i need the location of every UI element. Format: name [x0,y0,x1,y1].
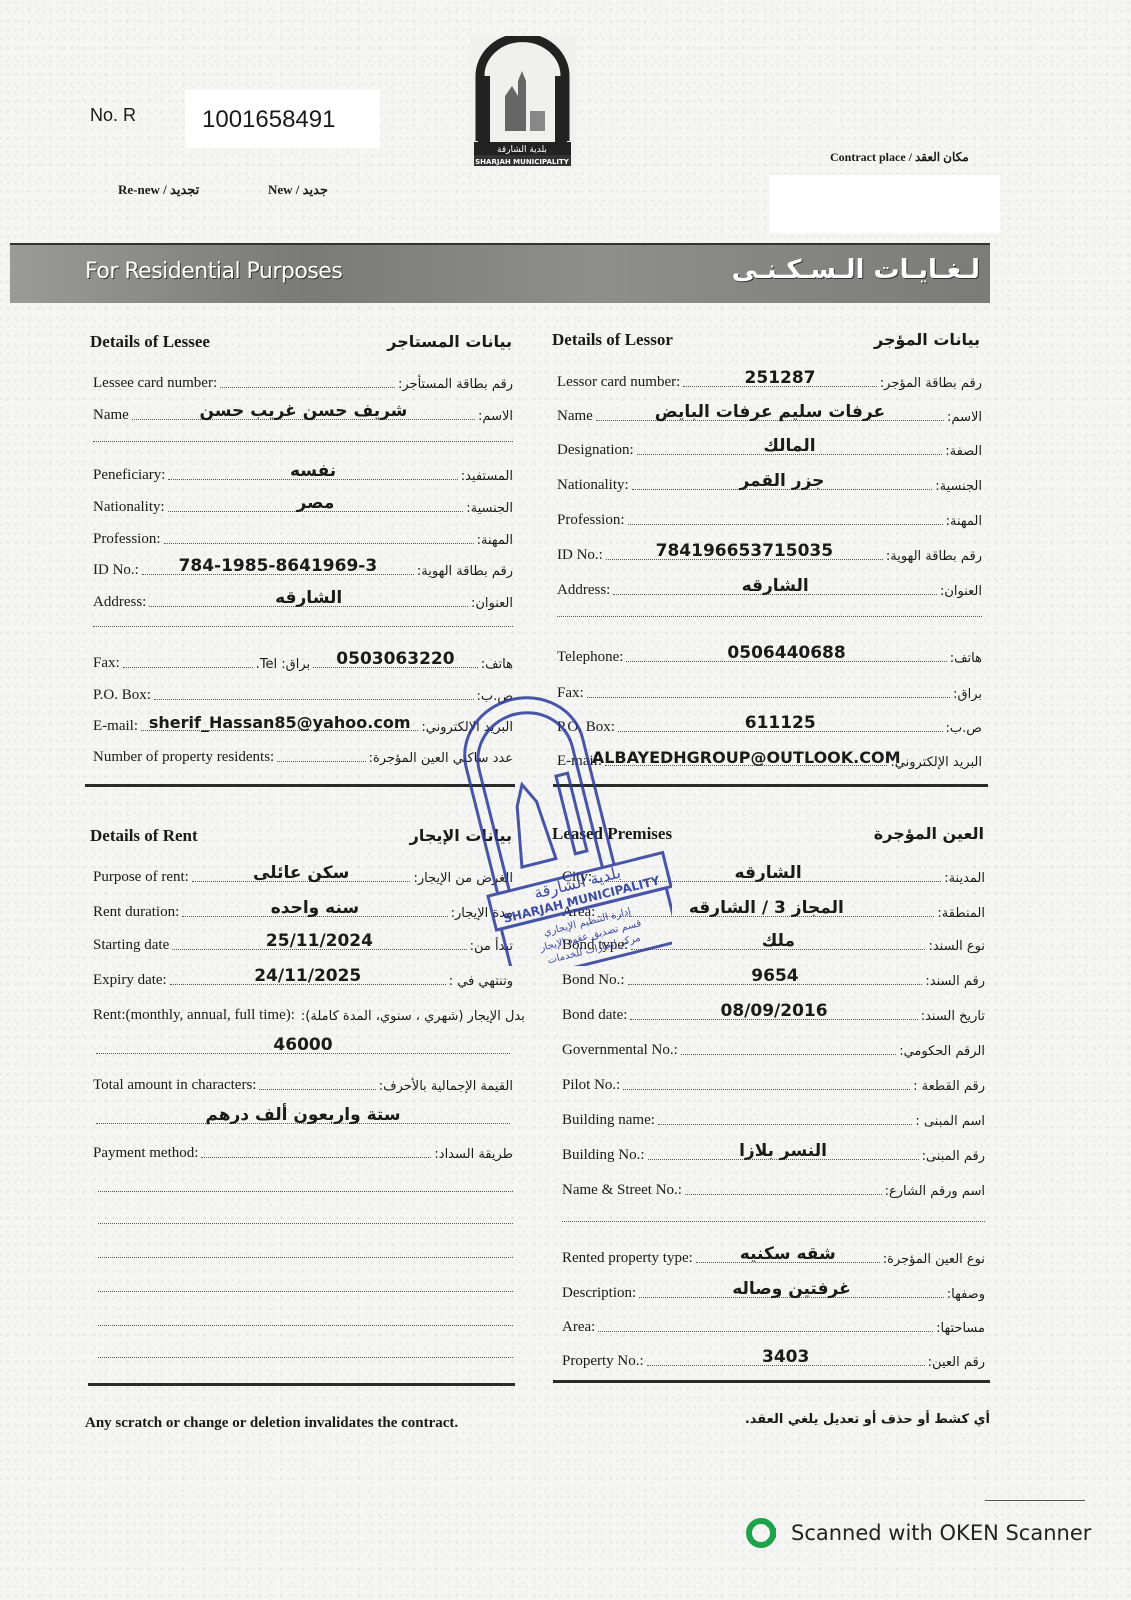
rent-value-row: 46000 [93,1034,513,1058]
field-input[interactable]: الشارقه [613,593,937,595]
field-label-ar: بدل الإيجار (شهري ، سنوي، المدة كاملة): [301,1009,525,1024]
payment-line [98,1256,513,1258]
field-value: غرفتين وصاله [732,1279,851,1299]
field-input[interactable]: سنه واحده [182,915,447,917]
scanner-watermark: Scanned with OKEN Scanner [745,1515,1091,1551]
field-label-ar: براق: [953,687,982,702]
payment-line [98,1324,513,1326]
field-value: شريف حسن غريب حسن [199,401,407,421]
field-input[interactable] [628,523,943,525]
field-input[interactable] [259,1088,375,1090]
field-label: Profession: [93,531,161,548]
field-label: Bond date: [562,1007,627,1024]
field-input[interactable]: 0503063220 [313,666,478,668]
field-label: Nationality: [93,499,165,516]
payment-line [98,1356,513,1358]
field-label: Telephone: [557,649,623,666]
premises-field-row: Building No.:النسر بلازارقم المبنى: [562,1140,985,1164]
lessee-field-row: Peneficiary:نفسهالمستفيد: [93,460,513,484]
field-input[interactable]: مصر [168,510,464,512]
field-label-ar: الجنسية: [935,479,982,494]
lessee-field-row: P.O. Box:ص.ب: [93,680,513,704]
field-value: 08/09/2016 [721,1001,828,1021]
field-label-ar: مساحتها: [936,1321,985,1336]
premises-field-row: Rented property type:شقه سكنيهنوع العين … [562,1243,985,1267]
field-label: Property No.: [562,1353,644,1370]
field-label-ar: الاسم: [478,409,513,424]
lessor-field-row: Nationality:جزر القمرالجنسية: [557,470,982,494]
field-value: 25/11/2024 [266,931,373,951]
rent-field-row: Starting date25/11/2024تبدأ من: [93,930,513,954]
lessee-field-row: Nationality:مصرالجنسية: [93,492,513,516]
field-label-ar: المهنة: [477,533,513,548]
field-label-ar: هاتف: [950,651,982,666]
footer-note-en: Any scratch or change or deletion invali… [85,1415,458,1432]
field-label-ar: نوع السند: [928,939,985,954]
decorative-rule [985,1500,1085,1501]
lessee-field-row: Lessee card number:رقم بطاقة المستأجر: [93,368,513,392]
rent-field-row: Purpose of rent:سكن عائلىالغرض من الإيجا… [93,862,513,886]
field-value: 46000 [273,1035,332,1055]
rent-value-row: ستة واربعون ألف درهم [93,1104,513,1128]
field-input[interactable]: 3403 [647,1364,925,1366]
field-label-ar: البريد الإلكتروني: [890,755,982,770]
field-value: 3403 [762,1347,809,1367]
contract-number: 1001658491 [202,106,335,134]
field-value: 784196653715035 [656,541,833,561]
field-input[interactable]: ملك [631,948,925,950]
premises-field-row: Description:غرفتين وصالهوصفها: [562,1278,985,1302]
field-value: النسر بلازا [739,1141,827,1161]
sharjah-municipality-logo-icon: بلدية الشارقة SHARJAH MUNICIPALITY [470,36,575,168]
field-value: 9654 [751,966,798,986]
field-label-ar: القيمة الإجمالية بالأحرف: [379,1079,513,1094]
renew-option: Re-new / تجديد [118,182,199,198]
fax-input[interactable] [123,666,253,668]
field-label-ar: وصفها: [947,1287,985,1302]
field-value: سنه واحده [271,898,359,918]
field-label: Bond No.: [562,972,625,989]
field-input[interactable] [685,1193,882,1195]
field-label: Address: [93,594,146,611]
field-label-ar: وتنتهي في : [449,974,513,989]
rent-field-row: Rent duration:سنه واحدهمدة الإيجار: [93,897,513,921]
banner-title-ar: لـغـايـات الـسـكـنـى [732,255,980,285]
field-label: ID No.: [93,562,139,579]
field-label: Lessee card number: [93,375,217,392]
field-input[interactable]: غرفتين وصاله [639,1296,944,1298]
field-label: E-mail: [93,718,138,735]
field-input[interactable]: 25/11/2024 [172,948,466,950]
lessee-field-row: Address:الشارقهالعنوان: [93,587,513,611]
field-label-ar: تاريخ السند: [921,1009,985,1024]
lessor-field-row: ID No.:784196653715035رقم بطاقة الهوية: [557,540,982,564]
premises-field-row: Name & Street No.:اسم ورقم الشارع: [562,1175,985,1199]
field-input[interactable] [154,698,474,700]
field-label: Rented property type: [562,1250,693,1267]
field-label-ar: العنوان: [471,596,513,611]
field-input[interactable]: نفسه [168,478,457,480]
field-value: ملك [762,931,795,951]
field-label-ar: ص.ب: [946,721,982,736]
field-input[interactable]: sherif_Hassan85@yahoo.com [141,729,418,731]
rent-field-row: Payment method:طريقة السداد: [93,1138,513,1162]
field-label-ar: الجنسية: [466,501,513,516]
field-label-ar: رقم السند: [925,974,985,989]
lessor-field-row: Address:الشارقهالعنوان: [557,575,982,599]
field-input[interactable] [220,386,395,388]
premises-field-row: Building name:اسم المبنى : [562,1105,985,1129]
field-label-ar: هاتف: [481,657,513,672]
lessor-heading: Details of Lessor [552,330,673,350]
field-value: 611125 [745,713,816,733]
field-value: المالك [763,436,815,456]
field-value: المجاز 3 / الشارقه [689,898,844,918]
premises-heading-ar: العين المؤجرة [860,824,984,843]
field-input[interactable]: 0506440688 [626,660,946,662]
premises-field-row: Property No.:3403رقم العين: [562,1346,985,1370]
field-label: Building name: [562,1112,655,1129]
field-input[interactable]: جزر القمر [632,488,933,490]
contract-page: No. R 1001658491 Re-new / تجديد New / جد… [0,0,1131,1600]
field-label: Pilot No.: [562,1077,620,1094]
field-label-ar: رقم المبنى: [922,1149,985,1164]
field-input[interactable]: 08/09/2016 [630,1018,917,1020]
payment-line [98,1290,513,1292]
field-input[interactable]: 251287 [683,385,876,387]
field-label-ar: رقم بطاقة المستأجر: [398,377,513,392]
field-input[interactable]: 784196653715035 [606,558,883,560]
field-value: sherif_Hassan85@yahoo.com [149,713,411,732]
field-label: Name & Street No.: [562,1182,682,1199]
municipality-stamp-icon: بلدية الشارقة SHARJAH MUNICIPALITY إدارة… [452,676,672,966]
field-label-ar: اسم المبنى : [915,1114,985,1129]
field-input[interactable] [658,1123,913,1125]
lessee-field-row: E-mail:sherif_Hassan85@yahoo.comالبريد ا… [93,711,513,735]
field-value: عرفات سليم عرفات البايض [655,402,885,422]
field-label-ar: الصفة: [945,444,982,459]
field-input[interactable]: الشارقه [149,605,468,607]
field-label: Governmental No.: [562,1042,678,1059]
scanner-text: Scanned with OKEN Scanner [791,1521,1091,1545]
premises-field-row: Bond date:08/09/2016تاريخ السند: [562,1000,985,1024]
field-input[interactable]: سكن عائلى [192,880,411,882]
field-label-ar: الاسم: [947,410,982,425]
field-label-ar: رقم بطاقة الهوية: [417,564,513,579]
field-label: Area: [562,1319,595,1336]
field-label-ar: المهنة: [946,514,982,529]
payment-line [98,1222,513,1224]
field-input[interactable]: 9654 [628,983,923,985]
lessor-field-row: Lessor card number:251287رقم بطاقة المؤج… [557,367,982,391]
field-input[interactable]: المالك [637,453,943,455]
field-label: Name [93,407,129,424]
lessee-field-row: Nameشريف حسن غريب حسنالاسم: [93,400,513,424]
field-label: ID No.: [557,547,603,564]
rent-field-row: Expiry date:24/11/2025وتنتهي في : [93,965,513,989]
field-label: Name [557,408,593,425]
field-value: الشارقه [275,588,342,608]
field-label: Starting date [93,937,169,954]
continuation-line[interactable] [557,615,982,617]
field-label: Expiry date: [93,972,167,989]
field-label-ar: طريقة السداد: [434,1147,513,1162]
field-value: مصر [297,493,335,513]
premises-field-row: Bond No.:9654رقم السند: [562,965,985,989]
field-label-ar: رقم بطاقة المؤجر: [880,376,982,391]
field-value: 24/11/2025 [254,966,361,986]
field-input[interactable]: 46000 [96,1052,510,1054]
rent-field-row: Rent:(monthly, annual, full time):بدل ال… [93,1000,513,1024]
banner-title-en: For Residential Purposes [85,259,342,284]
premises-field-row: Governmental No.:الرقم الحكومي: [562,1035,985,1059]
field-value: نفسه [290,461,336,481]
new-option: New / جديد [268,182,328,198]
field-value: ستة واربعون ألف درهم [205,1105,400,1125]
lessor-field-row: Profession:المهنة: [557,505,982,529]
field-value: 0506440688 [727,643,845,663]
lessee-field-row: Number of property residents:عدد ساكني ا… [93,742,513,766]
field-label: Rent duration: [93,904,179,921]
field-label-ar: المدينة: [944,871,985,886]
field-input[interactable]: 24/11/2025 [170,983,446,985]
field-input[interactable] [201,1156,431,1158]
field-input[interactable]: النسر بلازا [648,1158,919,1160]
continuation-line[interactable] [562,1220,985,1222]
footer-note-ar: أي كشط أو حذف أو تعديل يلغي العقد. [700,1412,990,1427]
contract-number-label: No. R [90,105,136,126]
field-value: الشارقه [735,863,802,883]
section-divider-left [85,784,515,787]
premises-field-row: Pilot No.:رقم القطعة : [562,1070,985,1094]
lessor-field-row: Telephone:0506440688هاتف: [557,642,982,666]
field-label: Lessor card number: [557,374,680,391]
field-value: 0503063220 [336,649,454,669]
continuation-line[interactable] [93,440,513,442]
field-input[interactable] [277,760,365,762]
field-input[interactable]: شريف حسن غريب حسن [132,418,475,420]
continuation-line[interactable] [93,625,513,627]
field-label: Address: [557,582,610,599]
svg-text:بلدية الشارقة: بلدية الشارقة [497,145,547,155]
field-label: Peneficiary: [93,467,165,484]
field-value: سكن عائلى [253,863,349,883]
field-value: الشارقه [742,576,809,596]
field-label: Fax: [93,655,120,672]
field-value: شقه سكنيه [740,1244,836,1264]
lessee-field-row: Fax:براق: Tel.0503063220هاتف: [93,648,513,672]
lessee-heading: Details of Lessee [90,332,210,352]
field-label: Total amount in characters: [93,1077,256,1094]
field-input[interactable] [598,1330,933,1332]
contract-place-label: Contract place / مكان العقد [830,150,969,165]
field-input[interactable]: عرفات سليم عرفات البايض [596,419,944,421]
bottom-divider-left [88,1383,515,1386]
field-value: جزر القمر [739,471,824,491]
field-label-ar: رقم العين: [928,1355,985,1370]
tel-label: براق: Tel. [256,657,311,672]
field-label-ar: رقم بطاقة الهوية: [886,549,982,564]
field-label: Designation: [557,442,634,459]
field-label: Profession: [557,512,625,529]
lessor-heading-ar: بيانات المؤجر [860,330,980,349]
rent-heading: Details of Rent [90,826,198,846]
field-label: Purpose of rent: [93,869,189,886]
field-input[interactable] [681,1053,896,1055]
field-input[interactable] [623,1088,910,1090]
field-value: 251287 [745,368,816,388]
field-value: 784-1985-8641969-3 [179,556,378,576]
lessee-field-row: ID No.:784-1985-8641969-3رقم بطاقة الهوي… [93,555,513,579]
field-label: Nationality: [557,477,629,494]
field-input[interactable]: ستة واربعون ألف درهم [96,1122,510,1124]
field-label: Description: [562,1285,636,1302]
field-label-ar: الرقم الحكومي: [899,1044,985,1059]
field-label-ar: نوع العين المؤجرة: [883,1252,985,1267]
field-label-ar: العنوان: [940,584,982,599]
contract-place-box [770,175,1000,233]
field-input[interactable]: 784-1985-8641969-3 [142,573,414,575]
field-label: Payment method: [93,1145,198,1162]
field-input[interactable]: شقه سكنيه [696,1261,880,1263]
field-label-ar: رقم القطعة : [913,1079,985,1094]
lessor-field-row: Nameعرفات سليم عرفات البايضالاسم: [557,401,982,425]
bottom-divider-right [553,1380,990,1383]
lessee-heading-ar: بيانات المستاجر [380,332,512,351]
field-label: P.O. Box: [93,687,151,704]
payment-line [98,1190,513,1192]
purpose-banner: For Residential Purposes لـغـايـات الـسـ… [10,243,990,303]
field-label: Number of property residents: [93,749,274,766]
field-label-ar: المستفيد: [461,469,513,484]
svg-text:SHARJAH MUNICIPALITY: SHARJAH MUNICIPALITY [475,158,570,166]
field-label: Building No.: [562,1147,645,1164]
field-label-ar: المنطقة: [937,906,985,921]
lessee-field-row: Profession:المهنة: [93,524,513,548]
field-input[interactable] [164,542,474,544]
oken-scanner-logo-icon [745,1515,781,1551]
lessor-field-row: Designation:المالكالصفة: [557,435,982,459]
field-label-ar: اسم ورقم الشارع: [885,1184,985,1199]
field-label: Rent:(monthly, annual, full time): [93,1007,295,1024]
premises-field-row: Area:مساحتها: [562,1312,985,1336]
rent-field-row: Total amount in characters:القيمة الإجما… [93,1070,513,1094]
